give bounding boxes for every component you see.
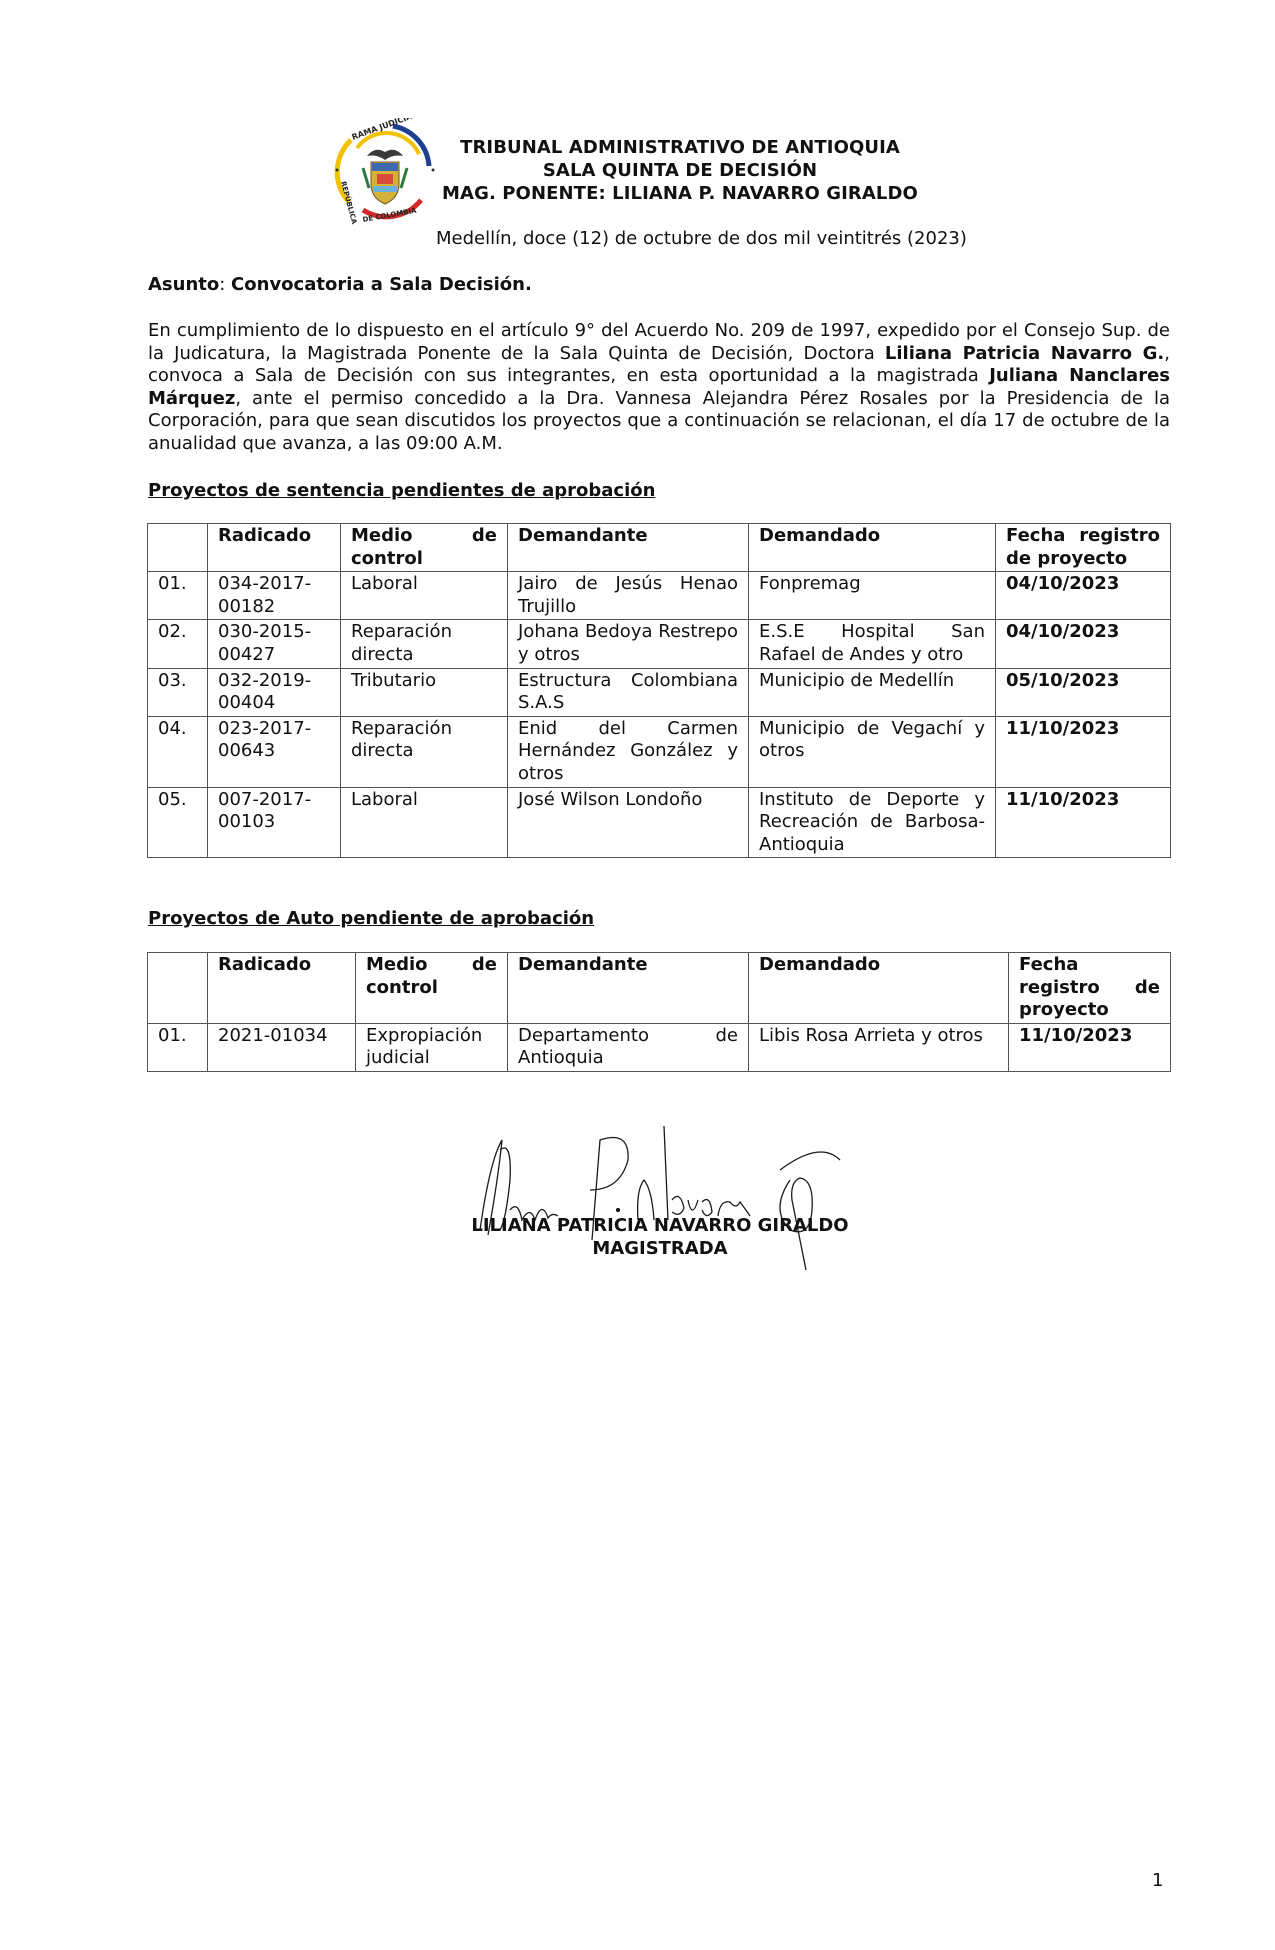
- table-row: 05.007-2017-00103LaboralJosé Wilson Lond…: [148, 787, 1171, 858]
- section-title-autos: Proyectos de Auto pendiente de aprobació…: [148, 908, 594, 929]
- col-header-demandante: Demandante: [508, 953, 749, 1024]
- medio-control-cell: Reparación directa: [341, 620, 508, 668]
- col-header-radicado: Radicado: [208, 953, 356, 1024]
- autos-table: Radicado Medio de control Demandante Dem…: [147, 952, 1171, 1072]
- demandante-cell: Johana Bedoya Restrepo y otros: [508, 620, 749, 668]
- signature-block: LILIANA PATRICIA NAVARRO GIRALDO MAGISTR…: [400, 1214, 920, 1260]
- medio-control-cell: Expropiación judicial: [356, 1023, 508, 1071]
- svg-text:DE COLOMBIA: DE COLOMBIA: [362, 207, 418, 224]
- col-header-medio-control: Medio de control: [341, 524, 508, 572]
- col-header-index: [148, 953, 208, 1024]
- table-row: 03.032-2019-00404TributarioEstructura Co…: [148, 668, 1171, 716]
- document-page: RAMA JUDICIAL REPÚBLICA DE COLOMBIA TRIB…: [0, 0, 1275, 1950]
- chamber-name: SALA QUINTA DE DECISIÓN: [420, 159, 940, 182]
- medio-control-cell: Tributario: [341, 668, 508, 716]
- demandante-cell: Jairo de Jesús Henao Trujillo: [508, 572, 749, 620]
- subject-value: Convocatoria a Sala Decisión.: [231, 274, 532, 295]
- page-number: 1: [1152, 1870, 1163, 1891]
- col-header-demandante: Demandante: [508, 524, 749, 572]
- body-text-3: , ante el permiso concedido a la Dra. Va…: [148, 388, 1170, 454]
- court-name: TRIBUNAL ADMINISTRATIVO DE ANTIOQUIA: [420, 136, 940, 159]
- fecha-registro-cell: 04/10/2023: [996, 572, 1171, 620]
- radicado-cell: 007-2017-00103: [208, 787, 341, 858]
- radicado-cell: 2021-01034: [208, 1023, 356, 1071]
- fecha-registro-cell: 11/10/2023: [996, 716, 1171, 787]
- subject-colon: :: [219, 274, 231, 295]
- row-index-cell: 03.: [148, 668, 208, 716]
- table-row: 04.023-2017-00643Reparación directaEnid …: [148, 716, 1171, 787]
- svg-text:REPÚBLICA: REPÚBLICA: [339, 180, 359, 225]
- radicado-cell: 030-2015-00427: [208, 620, 341, 668]
- row-index-cell: 02.: [148, 620, 208, 668]
- table-row: 01.034-2017-00182LaboralJairo de Jesús H…: [148, 572, 1171, 620]
- col-header-fecha: Fecha registro de proyecto: [996, 524, 1171, 572]
- presiding-magistrate: MAG. PONENTE: LILIANA P. NAVARRO GIRALDO: [420, 182, 940, 205]
- demandante-cell: Enid del Carmen Hernández González y otr…: [508, 716, 749, 787]
- col-header-index: [148, 524, 208, 572]
- col-header-demandado: Demandado: [749, 953, 1009, 1024]
- row-index-cell: 05.: [148, 787, 208, 858]
- section-title-sentencias: Proyectos de sentencia pendientes de apr…: [148, 480, 655, 501]
- col-header-radicado: Radicado: [208, 524, 341, 572]
- demandante-cell: Departamento de Antioquia: [508, 1023, 749, 1071]
- demandado-cell: Libis Rosa Arrieta y otros: [749, 1023, 1009, 1071]
- fecha-registro-cell: 11/10/2023: [1009, 1023, 1171, 1071]
- demandante-cell: José Wilson Londoño: [508, 787, 749, 858]
- col-header-demandado: Demandado: [749, 524, 996, 572]
- medio-control-cell: Laboral: [341, 787, 508, 858]
- date-line: Medellín, doce (12) de octubre de dos mi…: [436, 228, 967, 249]
- radicado-cell: 034-2017-00182: [208, 572, 341, 620]
- fecha-registro-cell: 11/10/2023: [996, 787, 1171, 858]
- table-row: 02.030-2015-00427Reparación directaJohan…: [148, 620, 1171, 668]
- demandante-cell: Estructura Colombiana S.A.S: [508, 668, 749, 716]
- table-row: 01.2021-01034Expropiación judicialDepart…: [148, 1023, 1171, 1071]
- fecha-registro-cell: 05/10/2023: [996, 668, 1171, 716]
- subject-line: Asunto: Convocatoria a Sala Decisión.: [148, 274, 532, 295]
- col-header-medio-control: Medio de control: [356, 953, 508, 1024]
- table-header-row: Radicado Medio de control Demandante Dem…: [148, 953, 1171, 1024]
- demandado-cell: Instituto de Deporte y Recreación de Bar…: [749, 787, 996, 858]
- magistrate-name: Liliana Patricia Navarro G.: [885, 343, 1164, 364]
- table-header-row: Radicado Medio de control Demandante Dem…: [148, 524, 1171, 572]
- signer-name: LILIANA PATRICIA NAVARRO GIRALDO: [400, 1214, 920, 1237]
- fecha-registro-cell: 04/10/2023: [996, 620, 1171, 668]
- demandado-cell: Municipio de Vegachí y otros: [749, 716, 996, 787]
- court-header: TRIBUNAL ADMINISTRATIVO DE ANTIOQUIA SAL…: [420, 136, 940, 205]
- medio-control-cell: Laboral: [341, 572, 508, 620]
- subject-label: Asunto: [148, 274, 219, 295]
- signer-role: MAGISTRADA: [400, 1237, 920, 1260]
- demandado-cell: E.S.E Hospital San Rafael de Andes y otr…: [749, 620, 996, 668]
- demandado-cell: Fonpremag: [749, 572, 996, 620]
- sentencias-table: Radicado Medio de control Demandante Dem…: [147, 523, 1171, 858]
- radicado-cell: 032-2019-00404: [208, 668, 341, 716]
- medio-control-cell: Reparación directa: [341, 716, 508, 787]
- row-index-cell: 04.: [148, 716, 208, 787]
- radicado-cell: 023-2017-00643: [208, 716, 341, 787]
- body-paragraph: En cumplimiento de lo dispuesto en el ar…: [148, 320, 1170, 456]
- demandado-cell: Municipio de Medellín: [749, 668, 996, 716]
- row-index-cell: 01.: [148, 572, 208, 620]
- col-header-fecha: Fecha registro de proyecto: [1009, 953, 1171, 1024]
- row-index-cell: 01.: [148, 1023, 208, 1071]
